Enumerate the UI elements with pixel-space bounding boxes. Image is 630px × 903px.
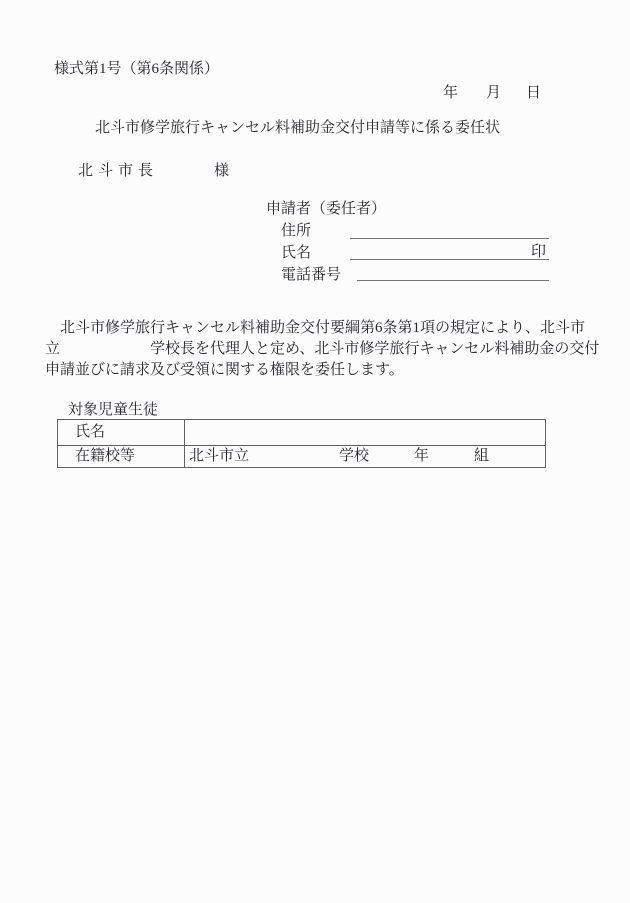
form-number: 様式第1号（第6条関係） bbox=[54, 62, 219, 77]
document-title: 北斗市修学旅行キャンセル料補助金交付申請等に係る委任状 bbox=[95, 121, 500, 136]
issue-date-day-label: 日 bbox=[526, 86, 541, 101]
applicant-heading: 申請者（委任者） bbox=[266, 202, 386, 217]
recipient-name: 北斗市長 bbox=[78, 164, 158, 179]
issue-date-year-label: 年 bbox=[443, 86, 458, 101]
table-row: 氏名 bbox=[58, 420, 546, 446]
issue-date-month-label: 月 bbox=[486, 86, 501, 101]
student-name-label: 氏名 bbox=[58, 420, 185, 446]
seal-mark: 印 bbox=[531, 245, 546, 260]
enrolled-school-label: 在籍校等 bbox=[58, 446, 185, 468]
phone-fill-in-line bbox=[357, 280, 549, 281]
address-fill-in-line bbox=[350, 238, 549, 239]
name-label: 氏名 bbox=[281, 246, 311, 261]
students-table-caption: 対象児童生徒 bbox=[68, 403, 158, 418]
body-paragraph-line: 申請並びに請求及び受領に関する権限を委任します。 bbox=[45, 363, 404, 378]
address-label: 住所 bbox=[281, 224, 311, 239]
table-row: 在籍校等 北斗市立 学校 年 組 bbox=[58, 446, 546, 468]
enrolled-school-value: 北斗市立 学校 年 組 bbox=[185, 446, 546, 468]
students-table: 氏名 在籍校等 北斗市立 学校 年 組 bbox=[57, 419, 546, 468]
recipient-honorific: 様 bbox=[214, 164, 229, 179]
name-fill-in-line bbox=[350, 259, 549, 260]
student-name-value bbox=[185, 420, 546, 446]
body-paragraph-line: 北斗市修学旅行キャンセル料補助金交付要綱第6条第1項の規定により、北斗市 bbox=[45, 321, 585, 336]
phone-label: 電話番号 bbox=[281, 268, 341, 283]
document-page: 様式第1号（第6条関係） 年 月 日 北斗市修学旅行キャンセル料補助金交付申請等… bbox=[0, 0, 630, 903]
body-paragraph-line: 立 学校長を代理人と定め、北斗市修学旅行キャンセル料補助金の交付 bbox=[45, 342, 599, 357]
